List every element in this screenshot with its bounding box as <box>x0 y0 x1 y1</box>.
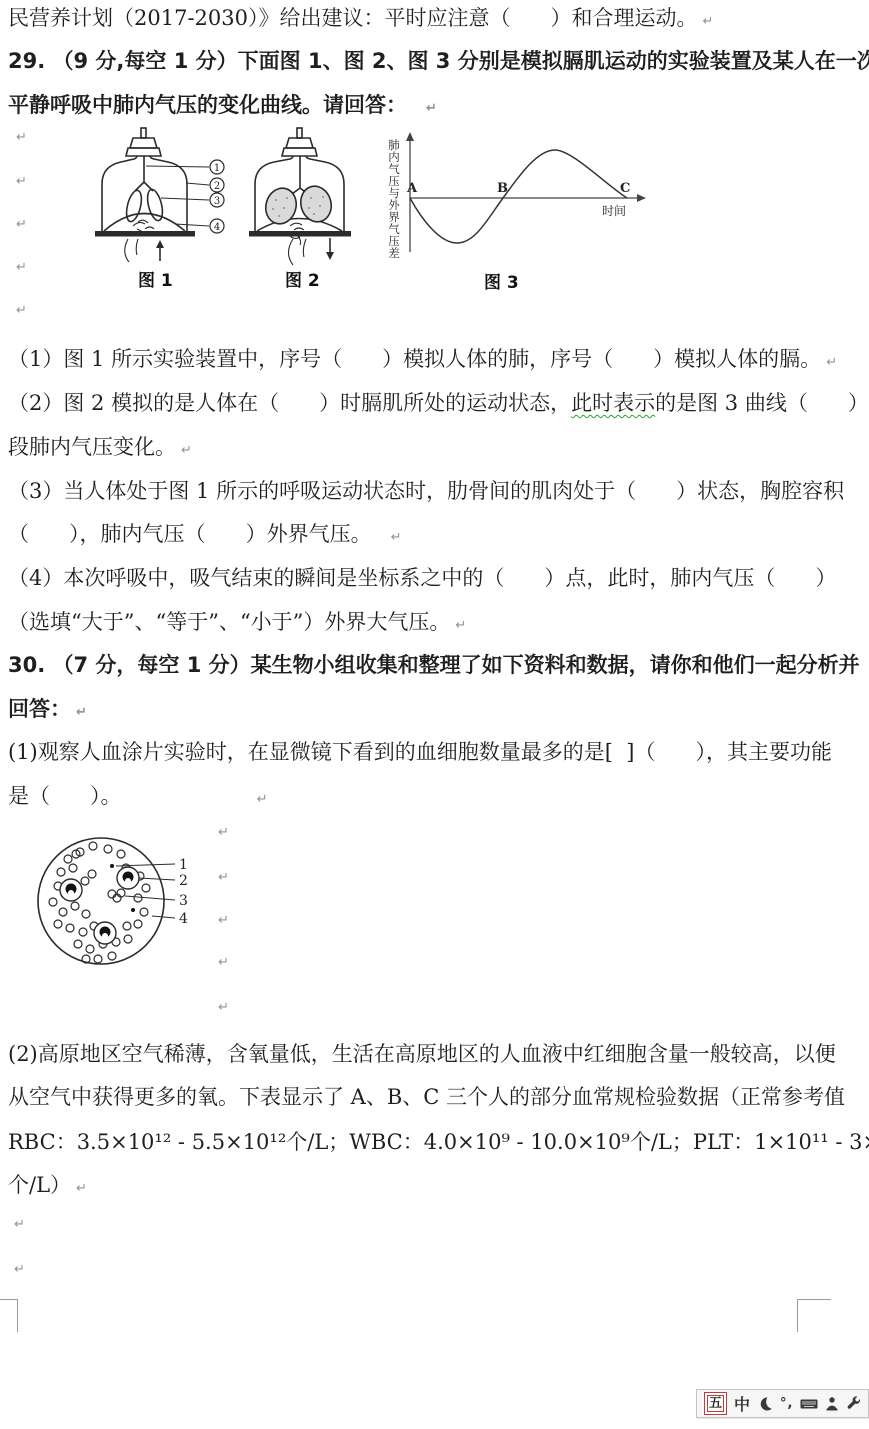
q30-sub2-text: (2)高原地区空气稀薄，含氧量低，生活在高原地区的人血液中红细胞含量一般较高，以… <box>8 1042 836 1066</box>
paragraph-mark: ↵ <box>181 443 192 458</box>
q29-stem-text-1: 29. （9 分,每空 1 分）下面图 1、图 2、图 3 分别是模拟膈肌运动的… <box>8 49 869 73</box>
figure3-caption: 图 3 <box>484 268 519 293</box>
q29-stem-line-2: 平静呼吸中肺内气压的变化曲线。请回答：↵ <box>8 91 437 123</box>
q30-stem-text-2: 回答： <box>8 697 71 721</box>
figure2-bell-jar-diagram <box>248 126 353 276</box>
smear-label-2: 2 <box>179 873 188 889</box>
q29-sub2-line: （2）图 2 模拟的是人体在（ ）时膈肌所处的运动状态，此时表示的是图 3 曲线… <box>8 389 869 417</box>
smear-label-3: 3 <box>179 893 188 909</box>
ime-user-icon[interactable] <box>825 1396 839 1411</box>
down-arrow-icon <box>326 252 334 260</box>
q29-sub2-text-post: 的是图 3 曲线（ ） <box>655 391 869 415</box>
q30-sub2-wrap-line-1: 从空气中获得更多的氧。下表显示了 A、B、C 三个人的部分血常规检验数据（正常参… <box>8 1083 845 1111</box>
jar-base <box>249 231 351 237</box>
q30-sub1-wrap-text: 是（ ）。 <box>8 784 122 808</box>
figure1-bell-jar-diagram: 1 2 3 4 <box>93 126 245 276</box>
intro-text: 民营养计划（2017-2030）》给出建议：平时应注意（ ）和合理运动。 <box>8 6 698 30</box>
q30-stem-line-2: 回答：↵ <box>8 695 87 727</box>
smear-label-1: 1 <box>179 857 188 873</box>
paragraph-mark: ↵ <box>218 913 229 928</box>
jar-base <box>95 231 195 237</box>
paragraph-mark: ↵ <box>826 355 837 370</box>
ime-input-method-button[interactable]: 五 <box>704 1392 727 1415</box>
paragraph-mark: ↵ <box>426 101 437 116</box>
q29-sub3-wrap-text: （ ），肺内气压（ ）外界气压。 <box>8 522 372 546</box>
figure3-x-axis-label: 时间 <box>602 203 626 218</box>
figure3-point-b: B <box>497 181 508 196</box>
q29-sub3-wrap-line: （ ），肺内气压（ ）外界气压。↵ <box>8 520 402 552</box>
q30-sub1-line: (1)观察人血涂片实验时，在显微镜下看到的血细胞数量最多的是[ ]（ ），其主要… <box>8 738 832 766</box>
q30-sub2-wrap-text-1: 从空气中获得更多的氧。下表显示了 A、B、C 三个人的部分血常规检验数据（正常参… <box>8 1085 845 1109</box>
q29-sub4-wrap-line: （选填“大于”、“等于”、“小于”）外界大气压。↵ <box>8 608 466 640</box>
x-axis-arrow-icon <box>637 194 646 202</box>
blood-smear-diagram: 1 2 3 4 <box>28 824 218 1019</box>
text-boundary-corner-left <box>0 1299 18 1332</box>
q30-sub1-text: (1)观察人血涂片实验时，在显微镜下看到的血细胞数量最多的是[ ]（ ），其主要… <box>8 740 832 764</box>
up-arrow-icon <box>156 240 164 248</box>
paragraph-mark: ↵ <box>218 825 229 840</box>
q29-sub4-line: （4）本次呼吸中，吸气结束的瞬间是坐标系之中的（ ）点，此时，肺内气压（ ） <box>8 564 836 592</box>
paragraph-mark: ↵ <box>218 870 229 885</box>
q30-reference-values-wrap-text: 个/L） <box>8 1173 71 1197</box>
ime-keyboard-icon[interactable] <box>800 1397 818 1411</box>
white-blood-cells <box>60 867 139 944</box>
y-axis-arrow-icon <box>406 132 414 141</box>
q29-sub2-wrap-line: 段肺内气压变化。↵ <box>8 433 192 465</box>
paragraph-mark: ↵ <box>703 14 714 29</box>
q29-sub4-text: （4）本次呼吸中，吸气结束的瞬间是坐标系之中的（ ）点，此时，肺内气压（ ） <box>8 566 836 590</box>
paragraph-mark: ↵ <box>14 1217 25 1232</box>
q30-reference-values-wrap-line: 个/L）↵ <box>8 1171 87 1203</box>
grammar-flagged-text: 此时表示 <box>571 391 655 415</box>
figure3-pressure-curve-chart: A B C 时间 <box>404 130 649 262</box>
figure1-label-3: 3 <box>214 196 220 207</box>
paragraph-mark: ↵ <box>218 1000 229 1015</box>
q29-sub2-wrap-text: 段肺内气压变化。 <box>8 435 176 459</box>
figure2-caption: 图 2 <box>285 266 320 291</box>
paragraph-mark: ↵ <box>16 217 27 232</box>
figure1-label-2: 2 <box>214 181 220 192</box>
figure1-label-4: 4 <box>214 222 220 233</box>
q29-sub1-line: （1）图 1 所示实验装置中，序号（ ）模拟人体的肺，序号（ ）模拟人体的膈。↵ <box>8 345 837 377</box>
paragraph-mark: ↵ <box>76 1181 87 1196</box>
document-page: 民营养计划（2017-2030）》给出建议：平时应注意（ ）和合理运动。↵ 29… <box>0 0 869 1429</box>
ime-fullwidth-moon-icon[interactable] <box>757 1396 773 1412</box>
paragraph-mark: ↵ <box>16 130 27 145</box>
q29-sub2-text-pre: （2）图 2 模拟的是人体在（ ）时膈肌所处的运动状态， <box>8 391 571 415</box>
q29-sub1-text: （1）图 1 所示实验装置中，序号（ ）模拟人体的肺，序号（ ）模拟人体的膈。 <box>8 347 821 371</box>
q29-sub3-text: （3）当人体处于图 1 所示的呼吸运动状态时，肋骨间的肌肉处于（ ）状态，胸腔容… <box>8 479 844 503</box>
q30-stem-line-1: 30. （7 分，每空 1 分）某生物小组收集和整理了如下资料和数据，请你和他们… <box>8 651 860 679</box>
q30-sub1-wrap-line: 是（ ）。↵ <box>8 782 267 814</box>
paragraph-mark: ↵ <box>257 792 268 807</box>
paragraph-mark: ↵ <box>455 618 466 633</box>
ime-wrench-icon[interactable] <box>846 1396 861 1411</box>
paragraph-mark: ↵ <box>16 260 27 275</box>
q29-stem-text-2: 平静呼吸中肺内气压的变化曲线。请回答： <box>8 93 407 117</box>
paragraph-mark: ↵ <box>16 303 27 318</box>
paragraph-mark: ↵ <box>218 955 229 970</box>
q29-sub3-line: （3）当人体处于图 1 所示的呼吸运动状态时，肋骨间的肌肉处于（ ）状态，胸腔容… <box>8 477 844 505</box>
intro-line: 民营养计划（2017-2030）》给出建议：平时应注意（ ）和合理运动。↵ <box>8 4 713 36</box>
ime-toolbar: 五 中 °, <box>696 1389 869 1418</box>
paragraph-mark: ↵ <box>16 174 27 189</box>
red-blood-cells <box>49 842 150 963</box>
ime-input-method-label: 五 <box>707 1395 724 1412</box>
q30-reference-values-text: RBC：3.5×10¹² - 5.5×10¹²个/L；WBC：4.0×10⁹ -… <box>8 1130 869 1154</box>
figure3-point-a: A <box>406 181 418 196</box>
q30-sub2-line: (2)高原地区空气稀薄，含氧量低，生活在高原地区的人血液中红细胞含量一般较高，以… <box>8 1040 836 1068</box>
paragraph-mark: ↵ <box>14 1262 25 1277</box>
q29-stem-line-1: 29. （9 分,每空 1 分）下面图 1、图 2、图 3 分别是模拟膈肌运动的… <box>8 47 869 75</box>
figure1-label-1: 1 <box>214 163 220 174</box>
q30-stem-text-1: 30. （7 分，每空 1 分）某生物小组收集和整理了如下资料和数据，请你和他们… <box>8 653 860 677</box>
paragraph-mark: ↵ <box>76 705 87 720</box>
paragraph-mark: ↵ <box>391 530 402 545</box>
text-boundary-corner-right <box>797 1299 831 1332</box>
ime-language-button[interactable]: 中 <box>734 1392 750 1415</box>
smear-label-4: 4 <box>179 911 188 927</box>
figure3-y-axis-label: 肺内气压与外界气压差 <box>388 139 400 259</box>
ime-punctuation-button[interactable]: °, <box>780 1396 793 1411</box>
q30-reference-values-line: RBC：3.5×10¹² - 5.5×10¹²个/L；WBC：4.0×10⁹ -… <box>8 1128 869 1156</box>
q29-sub4-wrap-text: （选填“大于”、“等于”、“小于”）外界大气压。 <box>8 610 450 634</box>
figure1-caption: 图 1 <box>138 266 173 291</box>
figure3-point-c: C <box>620 181 630 196</box>
